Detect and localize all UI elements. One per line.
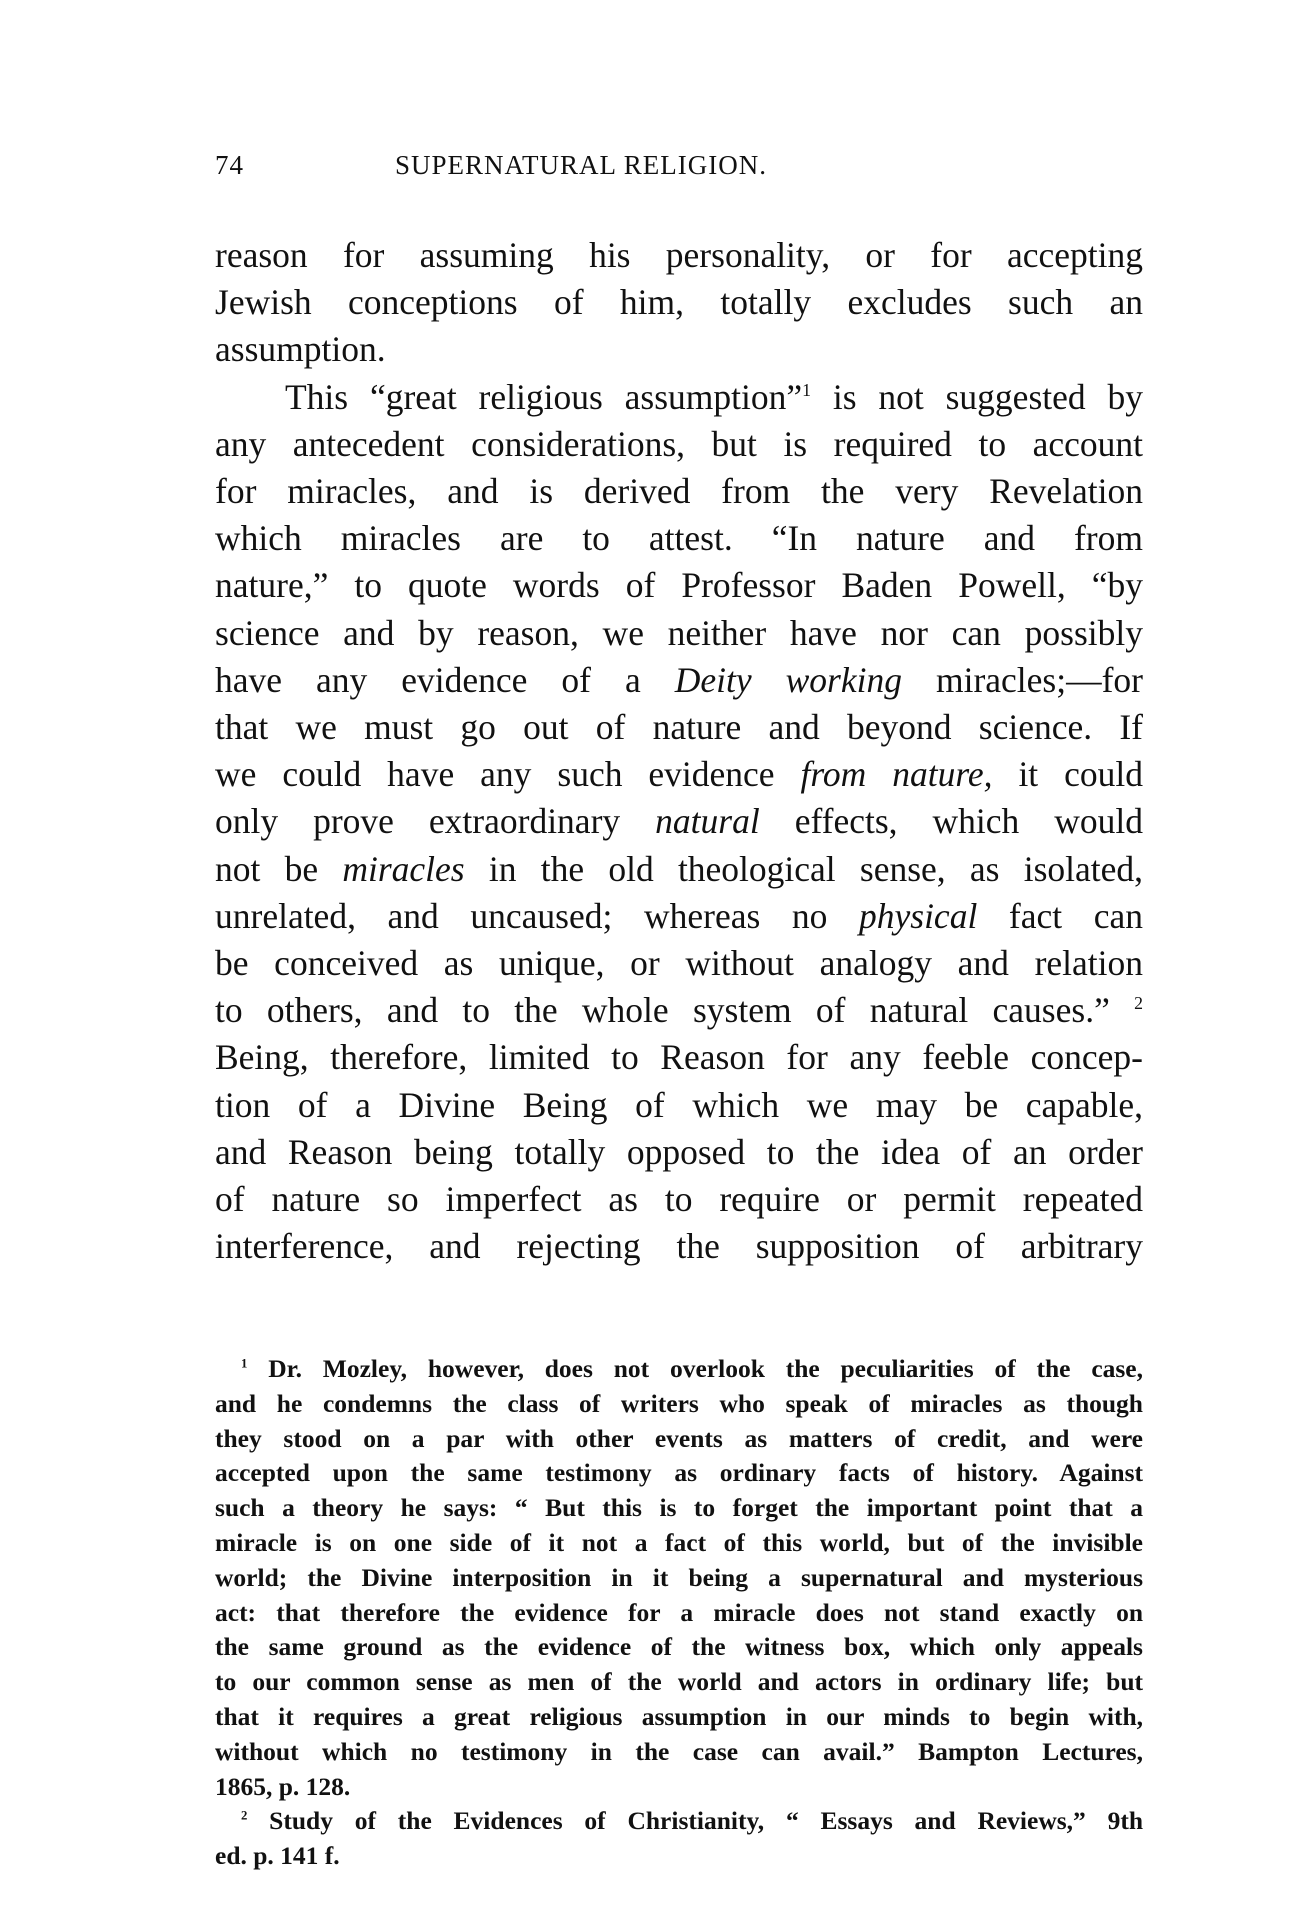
footnote-1-line: that it requires a great religious assum… [215,1700,1143,1735]
footnote-1-line: without which no testimony in the case c… [215,1735,1143,1770]
body-line: and Reason being totally opposed to the … [215,1129,1143,1176]
body-line: of nature so imperfect as to require or … [215,1176,1143,1223]
footnote-1-line: they stood on a par with other events as… [215,1422,1143,1457]
italic-emphasis: Deity working [675,660,902,700]
body-line: science and by reason, we neither have n… [215,610,1143,657]
body-line: for miracles, and is derived from the ve… [215,468,1143,515]
footnote-1-line: world; the Divine interposition in it be… [215,1561,1143,1596]
italic-emphasis: natural [655,801,760,841]
body-line: interference, and rejecting the supposit… [215,1223,1143,1270]
footnote-1-line: accepted upon the same testimony as ordi… [215,1456,1143,1491]
footnote-ref-1[interactable]: 1 [802,380,811,400]
footnote-2-line: 2 Study of the Evidences of Christianity… [215,1804,1143,1839]
body-line: we could have any such evidence from nat… [215,751,1143,798]
footnote-2-line: ed. p. 141 f. [215,1839,1143,1874]
footnotes: 1 Dr. Mozley, however, does not overlook… [215,1352,1143,1874]
footnote-1-line: 1865, p. 128. [215,1770,1143,1805]
footnote-ref-2[interactable]: 2 [1134,993,1143,1013]
body-line: any antecedent considerations, but is re… [215,421,1143,468]
body-line: be conceived as unique, or without analo… [215,940,1143,987]
body-line: nature,” to quote words of Professor Bad… [215,562,1143,609]
footnote-1-line: the same ground as the evidence of the w… [215,1630,1143,1665]
running-head: 74 SUPERNATURAL RELIGION. [215,150,1143,190]
body-line: that we must go out of nature and beyond… [215,704,1143,751]
running-title: SUPERNATURAL RELIGION. [395,150,767,181]
italic-emphasis: physical [859,896,977,936]
footnote-1-line: to our common sense as men of the world … [215,1665,1143,1700]
body-line: to others, and to the whole system of na… [215,987,1143,1034]
body-line: only prove extraordinary natural effects… [215,798,1143,845]
footnote-1-line: 1 Dr. Mozley, however, does not overlook… [215,1352,1143,1387]
body-line: Jewish conceptions of him, totally exclu… [215,279,1143,326]
body-line: This “great religious assumption”1 is no… [215,374,1143,421]
footnote-marker-2: 2 [241,1809,247,1823]
body-line: Being, therefore, limited to Reason for … [215,1034,1143,1081]
italic-emphasis: from nature, [801,754,993,794]
body-text: reason for assuming his personality, or … [215,232,1143,1270]
footnote-marker-1: 1 [241,1357,247,1371]
body-line: which miracles are to attest. “In nature… [215,515,1143,562]
footnote-1-line: and he condemns the class of writers who… [215,1387,1143,1422]
footnote-1-line: miracle is on one side of it not a fact … [215,1526,1143,1561]
footnote-1-line: such a theory he says: “ But this is to … [215,1491,1143,1526]
body-line: tion of a Divine Being of which we may b… [215,1082,1143,1129]
body-line: reason for assuming his personality, or … [215,232,1143,279]
body-line: not be miracles in the old theological s… [215,846,1143,893]
body-line: have any evidence of a Deity working mir… [215,657,1143,704]
footnote-1-line: act: that therefore the evidence for a m… [215,1596,1143,1631]
body-line: assumption. [215,326,1143,373]
body-line: unrelated, and uncaused; whereas no phys… [215,893,1143,940]
italic-emphasis: miracles [342,849,464,889]
page-number: 74 [215,150,244,181]
